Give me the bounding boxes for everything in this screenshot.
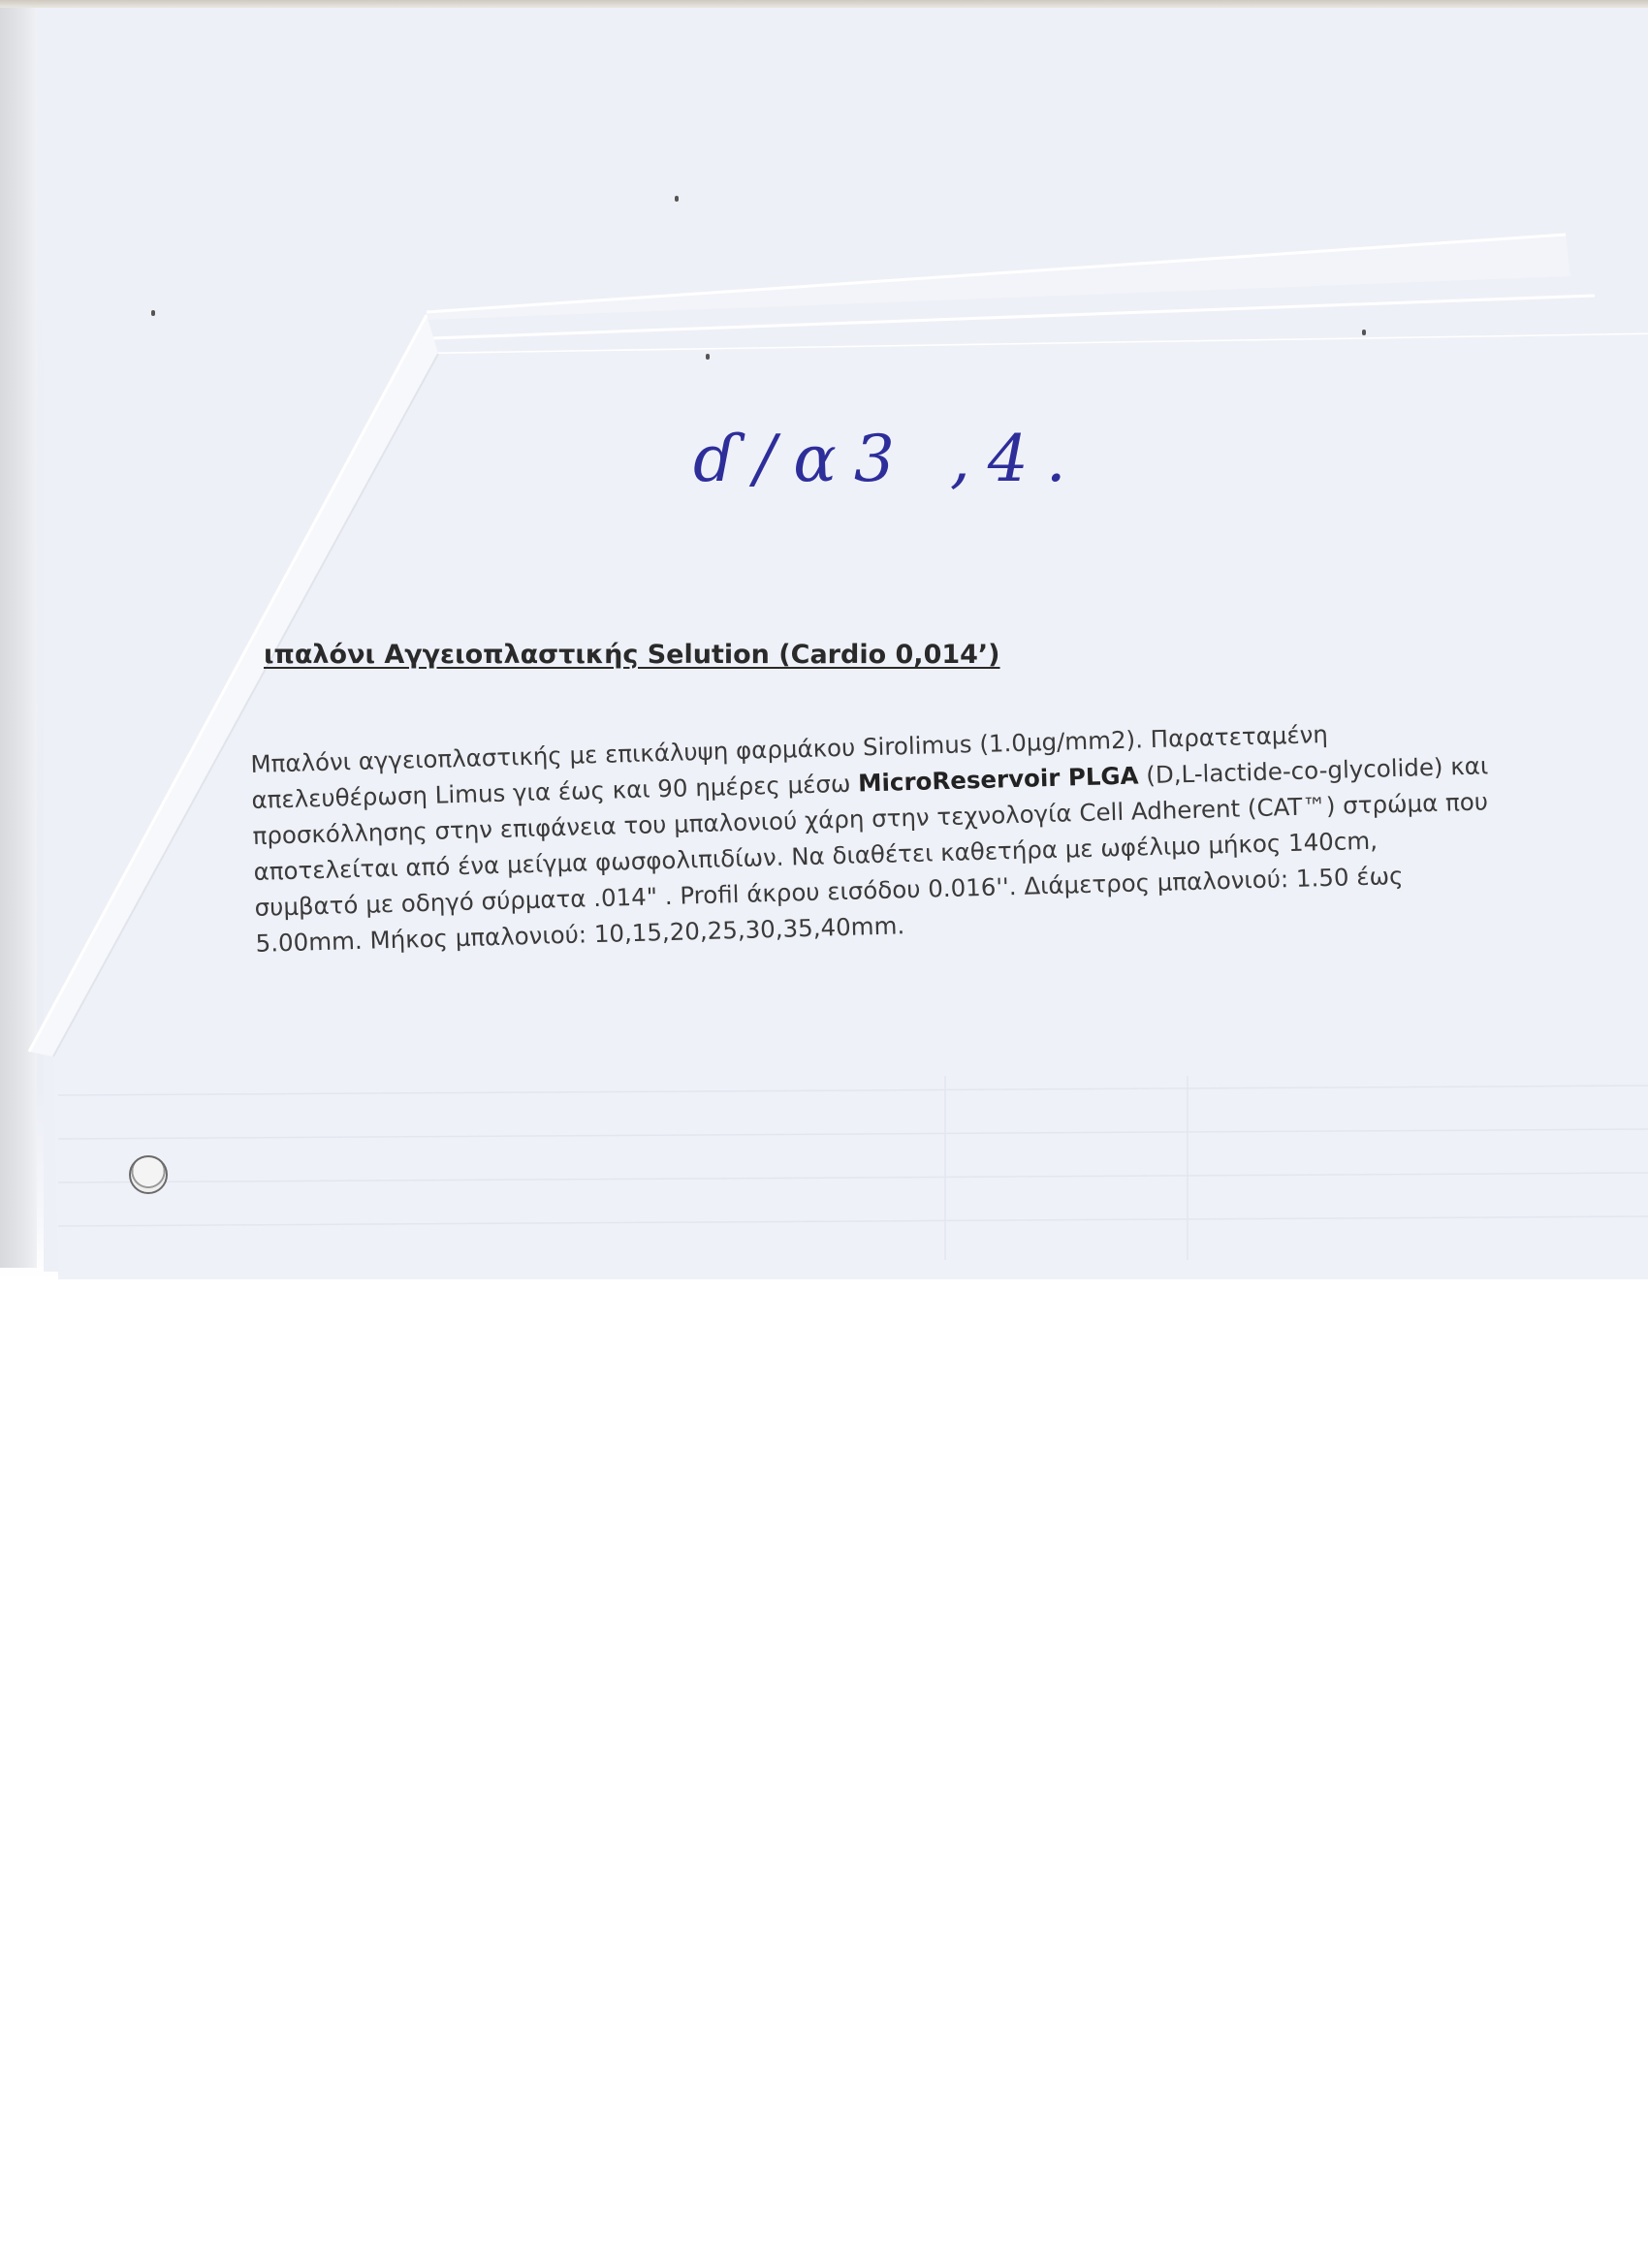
dust-speck	[1362, 330, 1366, 335]
document-title: ιπαλόνι Αγγειοπλαστικής Selution (Cardio…	[264, 640, 1000, 670]
document-body: Μπαλόνι αγγειοπλαστικής με επικάλυψη φαρ…	[250, 711, 1506, 961]
dust-speck	[706, 354, 710, 360]
handwritten-note: ɗ/α3 ,4.	[693, 422, 1084, 496]
dust-speck	[675, 196, 679, 202]
scanned-page: ɗ/α3 ,4. ιπαλόνι Αγγειοπλαστικής Selutio…	[0, 0, 1648, 1279]
punch-hole-icon	[129, 1155, 168, 1194]
dust-speck	[151, 310, 155, 316]
bold-term: MicroReservoir PLGA	[858, 761, 1139, 797]
